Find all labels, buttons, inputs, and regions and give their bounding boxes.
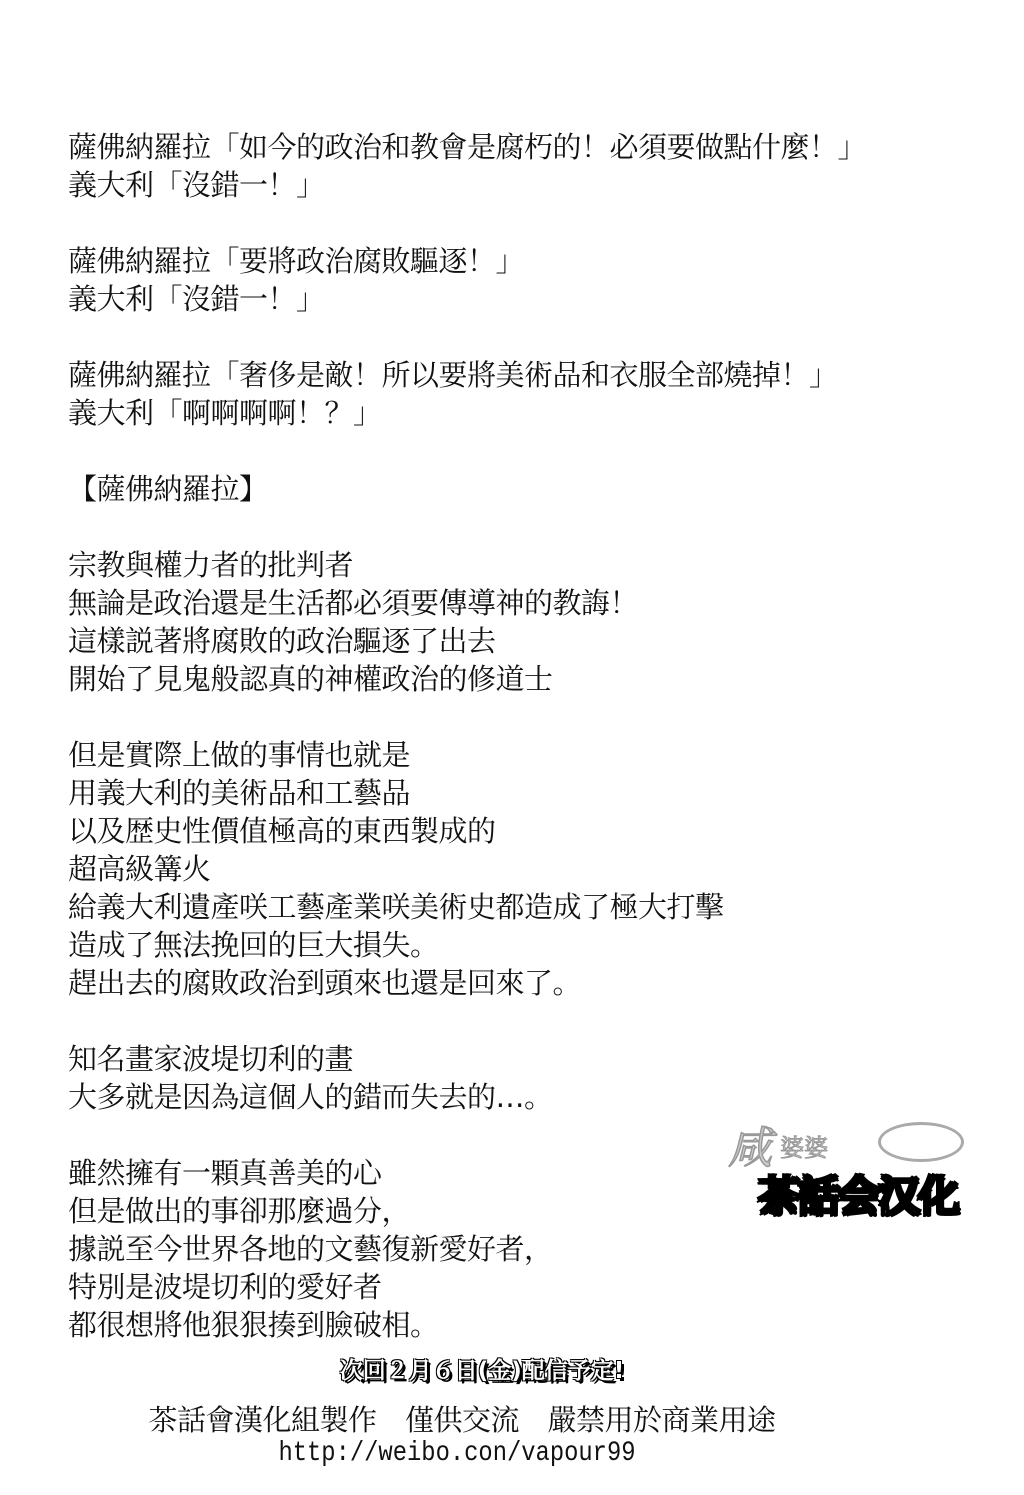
logo-small-text: 婆婆 — [780, 1128, 828, 1163]
text-line: 都很想將他狠狠揍到臉破相。 — [68, 1306, 968, 1344]
text-line: 用義大利的美術品和工藝品 — [68, 774, 968, 812]
group-logo: 咸 婆婆 茶話会汉化 — [728, 1112, 978, 1222]
paragraph-1: 宗教與權力者的批判者 無論是政治還是生活都必須要傳導神的教誨！ 這樣説著將腐敗的… — [68, 546, 968, 698]
text-line: 趕出去的腐敗政治到頭來也還是回來了。 — [68, 964, 968, 1002]
text-line: 但是實際上做的事情也就是 — [68, 736, 968, 774]
dialogue-block-1: 薩佛納羅拉「如今的政治和教會是腐朽的！必須要做點什麼！」 義大利「沒錯一！」 — [68, 128, 968, 204]
text-line: 造成了無法挽回的巨大損失。 — [68, 926, 968, 964]
text-line: 義大利「啊啊啊啊！？」 — [68, 394, 968, 432]
text-line: 無論是政治還是生活都必須要傳導神的教誨！ — [68, 584, 968, 622]
weibo-url: http://weibo.con/vapour99 — [22, 1438, 892, 1469]
text-line: 知名畫家波堤切利的畫 — [68, 1040, 968, 1078]
dialogue-block-2: 薩佛納羅拉「要將政治腐敗驅逐！」 義大利「沒錯一！」 — [68, 242, 968, 318]
text-line: 給義大利遺產咲工藝產業咲美術史都造成了極大打擊 — [68, 888, 968, 926]
text-line: 宗教與權力者的批判者 — [68, 546, 968, 584]
section-heading: 【薩佛納羅拉】 — [68, 470, 968, 508]
text-line: 特別是波堤切利的愛好者 — [68, 1268, 968, 1306]
next-release-notice: 次回２月６日(金)配信予定! — [0, 1352, 994, 1385]
text-line: 薩佛納羅拉「奢侈是敵！所以要將美術品和衣服全部燒掉！」 — [68, 356, 968, 394]
paragraph-2: 但是實際上做的事情也就是 用義大利的美術品和工藝品 以及歴史性價值極高的東西製成… — [68, 736, 968, 1002]
text-line: 這樣説著將腐敗的政治驅逐了出去 — [68, 622, 968, 660]
text-line: 義大利「沒錯一！」 — [68, 166, 968, 204]
text-line: 大多就是因為這個人的錯而失去的…。 — [68, 1078, 968, 1116]
text-line: 據説至今世界各地的文藝復新愛好者， — [68, 1230, 968, 1268]
text-line: 超高級篝火 — [68, 850, 968, 888]
text-line: 以及歴史性價值極高的東西製成的 — [68, 812, 968, 850]
text-line: 義大利「沒錯一！」 — [68, 280, 968, 318]
text-line: 薩佛納羅拉「要將政治腐敗驅逐！」 — [68, 242, 968, 280]
text-line: 開始了見鬼般認真的神權政治的修道士 — [68, 660, 968, 698]
text-line: 薩佛納羅拉「如今的政治和教會是腐朽的！必須要做點什麼！」 — [68, 128, 968, 166]
teacup-icon — [878, 1122, 964, 1162]
credit-line: 茶話會漢化組製作 僅供交流 嚴禁用於商業用途 — [0, 1398, 974, 1439]
heading-text: 【薩佛納羅拉】 — [68, 470, 968, 508]
dialogue-block-3: 薩佛納羅拉「奢侈是敵！所以要將美術品和衣服全部燒掉！」 義大利「啊啊啊啊！？」 — [68, 356, 968, 432]
logo-main-text: 茶話会汉化 — [758, 1164, 958, 1224]
paragraph-3: 知名畫家波堤切利的畫 大多就是因為這個人的錯而失去的…。 — [68, 1040, 968, 1116]
